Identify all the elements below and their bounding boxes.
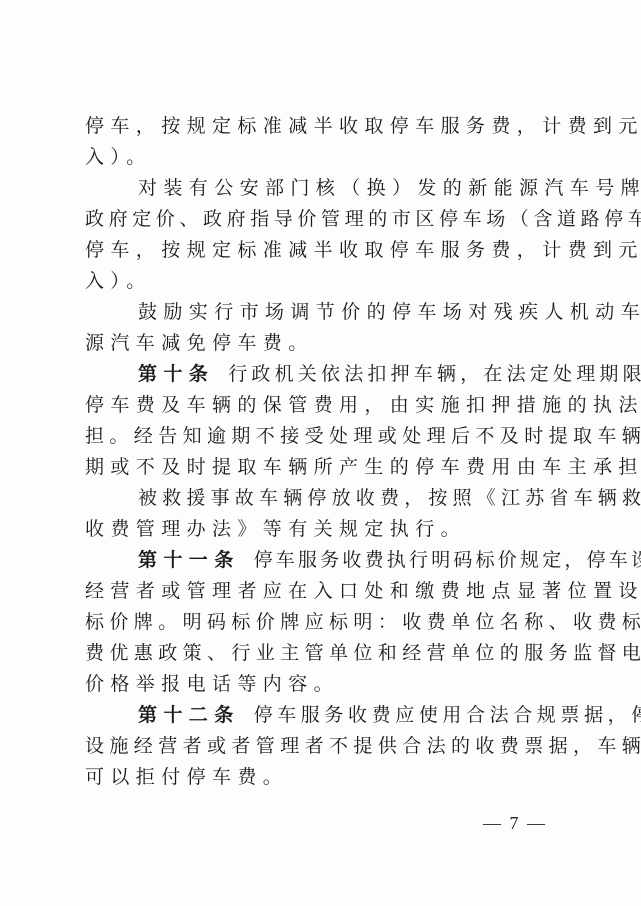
text-line: 源汽车减免停车费。 [85,328,555,359]
text-line: 担。经告知逾期不接受处理或处理后不及时提取车辆的，逾 [85,421,555,452]
paragraph-start-line: 鼓励实行市场调节价的停车场对残疾人机动车和新能 [85,297,555,328]
article-10-line: 第十条行政机关依法扣押车辆，在法定处理期限内的 [85,359,555,390]
text-line: 停车，按规定标准减半收取停车服务费，计费到元（四舍五 [85,235,555,266]
article-10-text: 行政机关依法扣押车辆，在法定处理期限内的 [228,363,641,385]
article-11-line: 第十一条停车服务收费执行明码标价规定，停车设施 [85,545,555,576]
article-12-line: 第十二条停车服务收费应使用合法合规票据，停车 [85,700,555,731]
text-line: 停车，按规定标准减半收取停车服务费，计费到元（四舍五 [85,111,555,142]
text-line: 设施经营者或者管理者不提供合法的收费票据，车辆停放者 [85,731,555,762]
paragraph-start-line: 对装有公安部门核（换）发的新能源汽车号牌的车辆在 [85,173,555,204]
body-text: 停车，按规定标准减半收取停车服务费，计费到元（四舍五 入）。 对装有公安部门核（… [85,111,555,793]
text-line: 停车费及车辆的保管费用，由实施扣押措施的执法机关承 [85,390,555,421]
article-11-heading: 第十一条 [138,549,240,571]
text-line: 费优惠政策、行业主管单位和经营单位的服务监督电话以及 [85,638,555,669]
article-10-heading: 第十条 [138,363,214,385]
text-line: 标价牌。明码标价牌应标明：收费单位名称、收费标准、收 [85,607,555,638]
paragraph-start-line: 被救援事故车辆停放收费，按照《江苏省车辆救援服务 [85,483,555,514]
text-line: 价格举报电话等内容。 [85,669,555,700]
article-11-text: 停车服务收费执行明码标价规定，停车设施 [254,549,641,571]
text-line: 收费管理办法》等有关规定执行。 [85,514,555,545]
text-line: 政府定价、政府指导价管理的市区停车场（含道路停车泊位） [85,204,555,235]
article-12-heading: 第十二条 [138,704,240,726]
text-line: 经营者或管理者应在入口处和缴费地点显著位置设置明码 [85,576,555,607]
text-line: 可以拒付停车费。 [85,762,555,793]
article-12-text: 停车服务收费应使用合法合规票据，停车 [254,704,641,726]
text-line: 入）。 [85,142,555,173]
page-number: — 7 — [483,813,547,834]
text-line: 期或不及时提取车辆所产生的停车费用由车主承担。 [85,452,555,483]
document-page: 停车，按规定标准减半收取停车服务费，计费到元（四舍五 入）。 对装有公安部门核（… [0,0,641,906]
text-line: 入）。 [85,266,555,297]
